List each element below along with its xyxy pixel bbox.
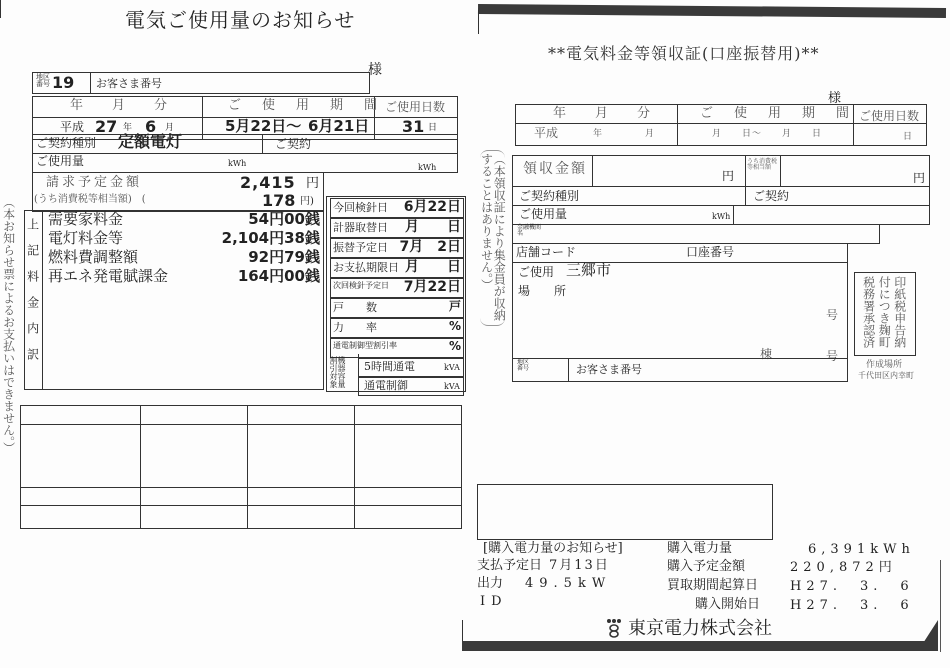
purchase-start-label: 購入開始日 [695,598,760,611]
equipment-label: 5時間通電 [364,361,415,372]
right-title: **電気料金等領収証(口座振替用)** [548,46,820,62]
month-unit: 月 [645,130,654,139]
kwh-unit-2: kWh [418,164,436,172]
contract-label: ご契約 [275,138,311,150]
meter-panel-value: 月 日 [405,220,461,234]
kwh-unit-1: kWh [228,160,246,168]
meter-panel-value: 7月22日 [404,280,461,294]
period-header: ご 使 用 期 間 [228,99,381,112]
breakdown-item-amount: 54円00銭 [248,212,320,227]
pay-date: 7月13日 [549,559,610,572]
branch-code-label: 店舗コード [516,246,576,258]
contract-type-label: ご契約種別 [36,137,96,149]
go-label: 号 [826,309,838,321]
district-number: 19 [52,75,74,91]
sama-label: 様 [368,63,382,77]
right-side-note: （本領収証により集金員が収納することはありません。） [480,150,505,326]
divider [568,358,569,382]
bank-row [512,224,880,244]
billing-amount: 2,415 [240,175,296,191]
location-value: 三郷市 [566,263,611,278]
era: 平成 [60,121,84,133]
edge-line [0,0,1,18]
equipment-label: 通電制御 [364,380,408,391]
meter-panel-value: % [449,320,461,332]
meter-panel-label: 今回検針日 [333,202,388,213]
breakdown-item-name: 電灯料金等 [48,231,123,246]
divider [140,405,141,529]
account-number-label: 口座番号 [686,246,734,258]
usage-days: 31 [402,119,424,135]
contract-label: ご契約 [753,190,789,202]
days-unit: 日 [428,124,437,133]
tax-stamp-text: 印紙税申告納付につき麹町税務署承認済 [860,276,907,354]
meter-panel-label: お支払期限日 [333,262,399,273]
tax-label: うち消費税等相当額 [747,159,779,171]
corner-fold [918,620,938,651]
bill-year: 27 [95,119,117,135]
place-label: 作成場所 [866,361,902,370]
ym-header: 年 月 分 [553,107,658,120]
days-unit: 日 [903,133,912,142]
place-value: 千代田区内幸町 [858,372,914,380]
meter-panel-label: 振替予定日 [333,242,388,253]
blank-box [477,484,773,540]
customer-number-label: お客さま番号 [576,364,642,375]
location-label-1: ご使用 [518,266,554,278]
receipt-label: 領収金額 [523,162,587,176]
divider [262,134,263,154]
usage-label: ご使用量 [36,155,84,167]
output-value: 49.5kW [525,577,611,590]
meter-panel-label: 戸 数 [333,302,377,313]
edge-line [478,10,479,34]
divider [780,155,781,187]
divider [853,104,854,146]
meter-panel-value: 7月 2日 [400,240,461,254]
tax-label: (うち消費税等相当額) ( [34,195,146,205]
location-label-2: 場 所 [518,285,572,297]
bottom-dark-edge [462,641,932,651]
divider [20,505,462,506]
contract-type: 定額電灯 [118,134,182,150]
output-label: 出力 [477,577,503,590]
period-start-label: 買取期間起算日 [667,579,758,592]
divider [512,358,848,359]
top-dark-edge [478,4,946,18]
purchase-yen-label: 購入予定金額 [667,560,745,573]
divider [745,155,746,187]
yen-unit: 円 [722,170,734,182]
meter-panel-value: 戸 [449,300,461,312]
period-start: 5月22日～ [225,119,301,134]
purchase-start-date: H27. 3. 6 [790,599,914,612]
year-unit: 年 [593,130,602,139]
meter-panel-label: 次回検針予定日 [333,282,389,290]
yen-unit: 円 [306,177,319,190]
divider [354,405,355,529]
yen-unit-2: 円 [913,172,925,184]
days-header: ご使用日数 [385,101,445,113]
location-box [512,262,848,382]
pay-date-label: 支払予定日 [477,559,542,572]
bank-label: 金融機関名 [517,225,541,237]
period-start-date: H27. 3. 6 [790,580,914,593]
days-header: ご使用日数 [859,110,919,122]
equipment-unit: kVA [444,383,460,391]
id-label: ID [480,595,508,608]
purchase-kwh-label: 購入電力量 [667,542,732,555]
usage-label: ご使用量 [519,208,567,220]
ym-header: 年 月 分 [70,99,175,112]
tax-unit: 円) [300,197,314,207]
left-title: 電気ご使用量のお知らせ [125,10,355,30]
district-label: 地区番号 [36,74,50,88]
period-end: 6月21日 [308,119,369,134]
purchase-header: [購入電力量のお知らせ] [483,542,623,555]
divider [745,186,746,206]
breakdown-item-name: 需要家料金 [48,212,123,227]
tepco-logo-icon [606,618,622,638]
divider [733,205,734,225]
meter-panel-label: 力 率 [333,322,377,333]
contract-type-label: ご契約種別 [519,190,579,202]
period-row: 月 日～ 月 日 [712,130,822,139]
divider [20,487,462,488]
divider [20,424,462,425]
company-name: 東京電力株式会社 [628,620,772,638]
breakdown-item-amount: 164円00銭 [238,269,320,284]
left-side-note: （本お知らせ票によるお支払いはできません。） [2,196,15,454]
divider [358,354,359,392]
tax-amount: 178 [262,193,295,209]
equipment-label: 機器容量割引対象 [329,356,345,392]
divider [247,405,248,529]
period-header: ご 使 用 期 間 [700,107,853,120]
meter-panel-value: 月 日 [405,260,461,274]
customer-number-label: お客さま番号 [96,78,162,89]
purchase-kwh: 6,391kWh [808,543,915,556]
equipment-unit: kVA [444,364,460,372]
billing-label: 請求予定金額 [46,176,142,189]
breakdown-item-amount: 92円79銭 [248,250,320,265]
purchase-yen: 220,872円 [790,561,897,574]
divider [592,155,593,187]
breakdown-label: 上記料金内訳 [26,218,39,374]
breakdown-item-name: 再エネ発電賦課金 [48,269,168,284]
district-label: 地区番号 [517,360,531,372]
meter-panel-value: % [449,340,461,352]
kwh-unit: kWh [712,213,730,221]
customer-row [32,72,370,94]
meter-panel-value: 6月22日 [404,200,461,214]
meter-panel-label: 通電制御型割引率 [333,342,397,350]
meter-panel-label: 計器取替日 [333,222,388,233]
era: 平成 [534,127,558,139]
divider [90,72,91,94]
edge-line [940,560,941,652]
divider [677,104,678,146]
divider [42,210,43,390]
divider [515,123,927,124]
breakdown-item-amount: 2,104円38銭 [222,231,320,246]
go-label-2: 号 [826,350,838,362]
breakdown-item-name: 燃料費調整額 [48,250,138,265]
